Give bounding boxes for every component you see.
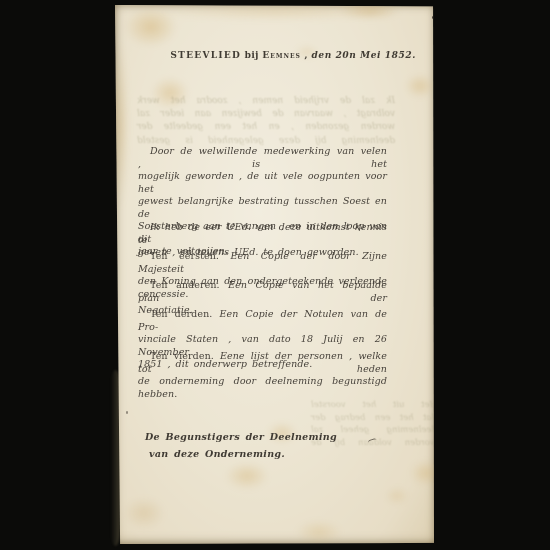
foxing-stain [410, 460, 442, 486]
photo-of-document: Ik zal de vrijheid nemen , zoodra het we… [0, 0, 550, 550]
signature-line: De Begunstigers der Deelneming [145, 429, 337, 446]
foxing-stain [125, 7, 177, 47]
text-line: Ten eersten. Een Copie der door Zijne Ma… [138, 251, 387, 276]
paper-speck [126, 411, 128, 414]
text-line: mogelijk geworden , de uit vele oogpunte… [138, 171, 387, 196]
foxing-stain [111, 41, 129, 211]
bleed-line: dat het een bedrag der [311, 412, 437, 425]
item-lead: Ten anderen. [150, 280, 220, 291]
dateline-connector: bij [241, 51, 262, 61]
text-line: Door de welwillende medewerking van vele… [138, 146, 387, 171]
list-item-fourth: Ten vierden. Eene lijst der personen , w… [138, 351, 387, 401]
photo-background: { "colors": { "background": "#0b0b09", "… [0, 0, 550, 550]
dateline: STEEVLIED bij Eemnes , den 20n Mei 1852. [170, 51, 416, 61]
bleed-line: volbragt , waarvan de bewijzen aan ieder… [137, 108, 395, 121]
under-page-edge [111, 370, 120, 546]
item-lead: Ten derden. [150, 309, 212, 320]
foxing-stain [123, 497, 165, 529]
text-line: Ten vierden. Eene lijst der personen , w… [138, 351, 387, 376]
foxing-stain [339, 2, 401, 20]
paper-speck [432, 16, 435, 19]
dateline-date: den 20n Mei 1852. [311, 51, 416, 61]
dateline-place: STEEVLIED [170, 51, 241, 61]
bleed-through-text: Ik zal de vrijheid nemen , zoodra het we… [137, 95, 395, 148]
text-line: Ik heb de eer UEd. van deze uitkomst ken… [138, 222, 387, 247]
dateline-place-2: Eemnes [262, 51, 300, 61]
bleed-line: Ik zal de vrijheid nemen , zoodra het we… [137, 95, 395, 108]
foxing-stain [385, 487, 409, 505]
text-line: Ten anderen. Een Copie van het bepaalde … [138, 280, 387, 305]
foxing-stain [296, 520, 342, 544]
signature-line: van deze Onderneming. [145, 446, 337, 463]
text-line: gewest belangrijke bestrating tusschen S… [138, 196, 387, 221]
text-line: de onderneming door deelneming begunstig… [138, 376, 387, 401]
foxing-stain [405, 74, 435, 98]
text-line: Ten derden. Een Copie der Notulen van de… [138, 309, 387, 334]
item-lead: Ten eersten. [150, 251, 219, 262]
bleed-line: worden gezonden , en het een gedeelte de… [137, 121, 395, 134]
foxing-stain [225, 462, 269, 490]
dateline-separator: , [301, 51, 312, 61]
item-lead: Ten vierden. [150, 351, 214, 362]
foxing-stain [155, 3, 395, 21]
signature-block: De Begunstigers der Deelneming van deze … [145, 429, 337, 463]
document-page: Ik zal de vrijheid nemen , zoodra het we… [115, 5, 434, 544]
